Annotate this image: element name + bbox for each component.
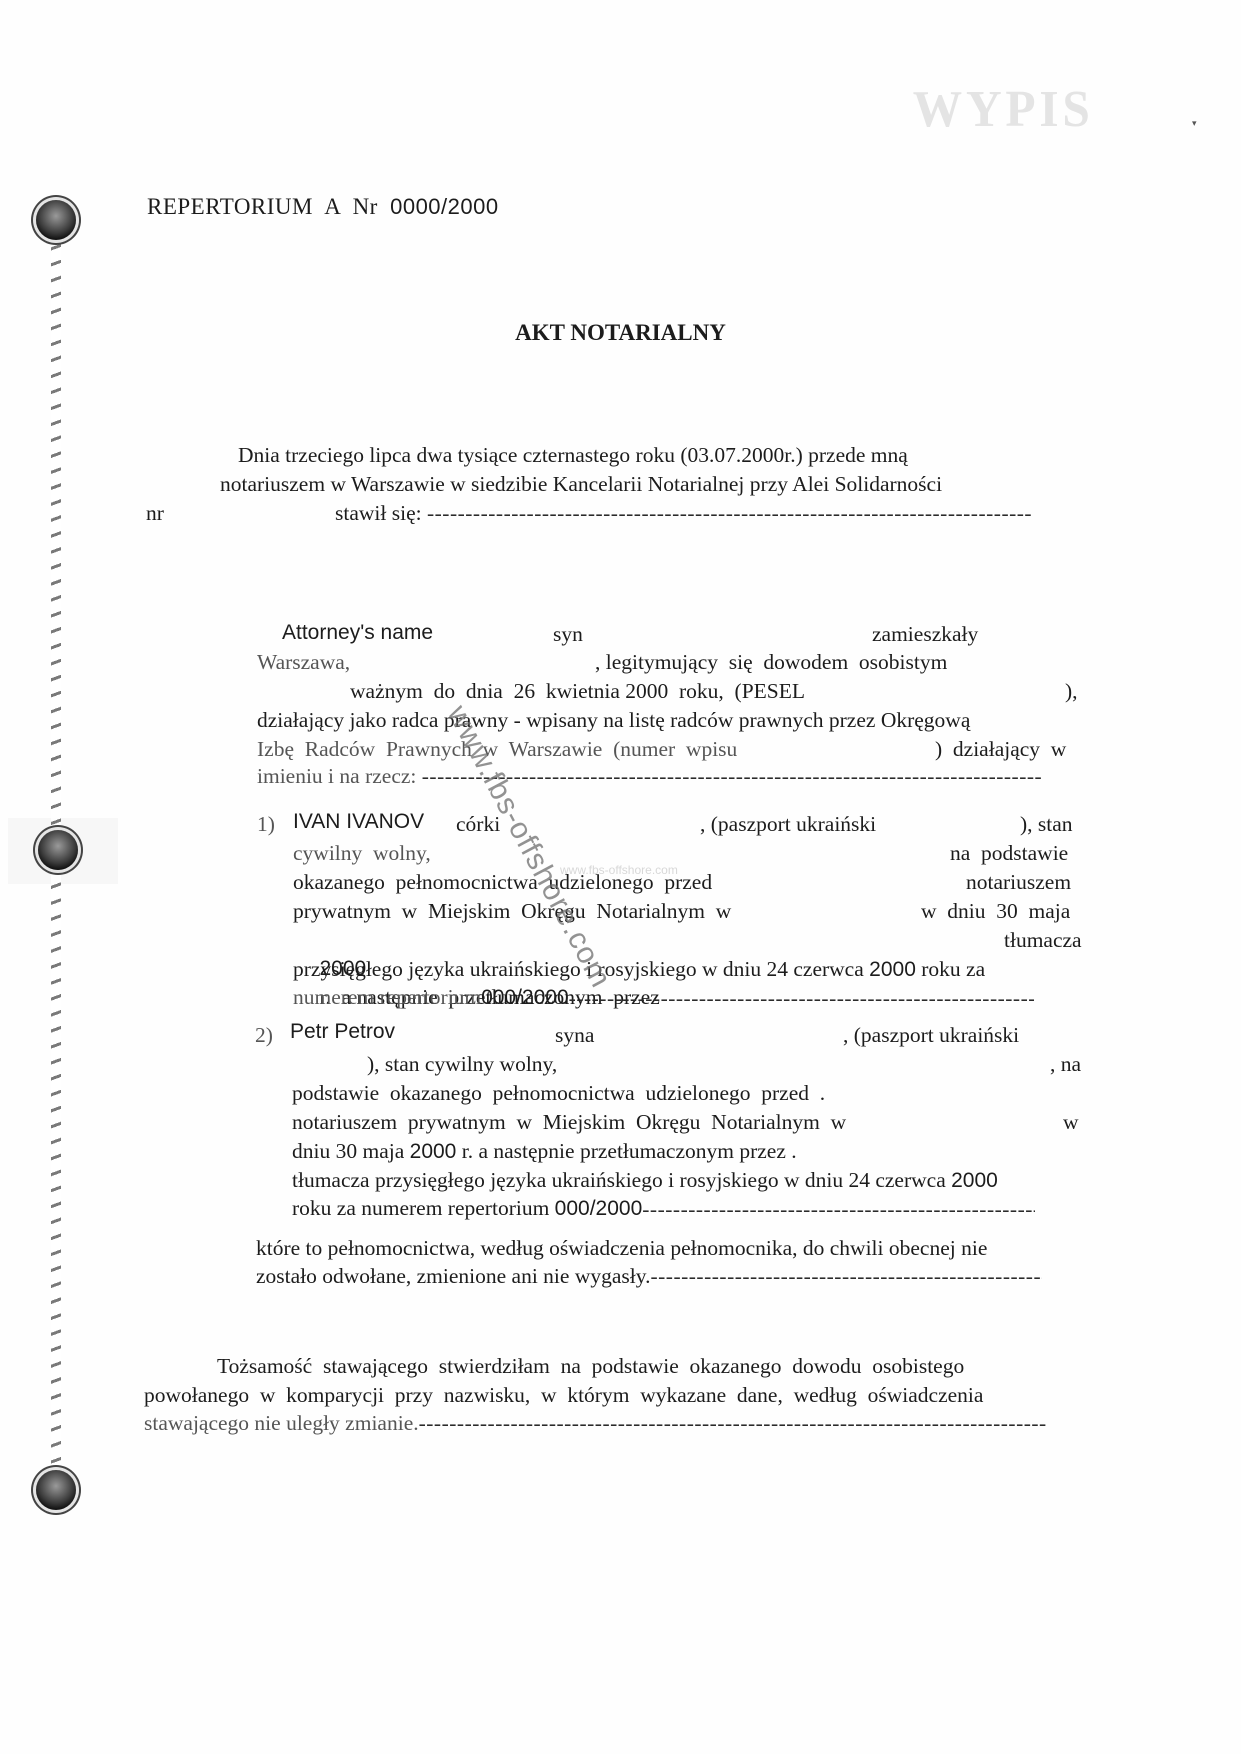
attorney-acting: ) działający w xyxy=(935,735,1066,763)
intro-line-3: stawił się: ----------------------------… xyxy=(335,499,1169,527)
corner-mark-icon: ▾ xyxy=(1192,118,1197,129)
principal-2-civil-status: ), stan cywilny wolny, xyxy=(367,1050,557,1078)
revocation-line-1: które to pełnomocnictwa, według oświadcz… xyxy=(256,1234,987,1262)
intro-line-3-prefix: nr xyxy=(146,499,164,527)
grommet-middle-icon xyxy=(38,830,78,870)
principal-1-sworn: przysięgłego języka ukraińskiego i rosyj… xyxy=(293,955,985,984)
filler-dashes: ----------------------------------------… xyxy=(427,499,1169,527)
repertorium-value: 0000/2000 xyxy=(390,194,499,219)
principal-1-name: IVAN IVANOV xyxy=(293,808,424,836)
translation-text: r. a następnie przetłumaczonym przez . xyxy=(462,1139,797,1163)
sworn-text: tłumacza przysięgłego języka ukraińskieg… xyxy=(292,1168,946,1192)
principal-1-index: 1) xyxy=(257,810,275,838)
attorney-on-behalf: imieniu i na rzecz: --------------------… xyxy=(257,762,1042,790)
principal-2-passport: , (paszport ukraiński xyxy=(843,1021,1019,1049)
principal-2-relation: syna xyxy=(555,1021,594,1049)
principal-1-repertorium: numerem repertorium000/2000-------------… xyxy=(293,983,1034,1012)
faint-watermark: www.fbs-offshore.com xyxy=(560,863,678,877)
principal-1-basis: na podstawie xyxy=(950,839,1068,867)
principal-1-translator: tłumacza xyxy=(1004,926,1082,954)
repertorium-label: REPERTORIUM A Nr xyxy=(147,194,378,219)
year: 2000 xyxy=(410,1140,457,1163)
principal-1-civil-status: cywilny wolny, xyxy=(293,839,431,867)
principal-1-notary: notariuszem xyxy=(966,868,1071,896)
sworn-end: roku za xyxy=(921,957,985,981)
identity-line-2: powołanego w komparycji przy nazwisku, w… xyxy=(144,1381,983,1409)
principal-2-sworn: tłumacza przysięgłego języka ukraińskieg… xyxy=(292,1166,998,1195)
identity-line-3: stawającego nie uległy zmianie.---------… xyxy=(144,1409,1047,1437)
principal-1-passport: , (paszport ukraiński xyxy=(700,810,876,838)
intro-line-1: Dnia trzeciego lipca dwa tysiące czterna… xyxy=(238,441,908,469)
principal-1-district: prywatnym w Miejskim Okręgu Notarialnym … xyxy=(293,897,731,925)
filler-dashes: ----------------------------------------… xyxy=(650,1262,1042,1290)
repertorium-number: 000/2000 xyxy=(481,986,569,1009)
principal-2-basis: , na xyxy=(1050,1050,1081,1078)
repertorium-number: REPERTORIUM A Nr 0000/2000 xyxy=(147,194,499,220)
principal-2-index: 2) xyxy=(255,1021,273,1049)
filler-dashes: ----------------------------------------… xyxy=(569,984,1034,1012)
principal-2-translation: dniu 30 maja 2000 r. a następnie przetłu… xyxy=(292,1137,797,1166)
year: 2000 xyxy=(869,958,916,981)
attorney-role: działający jako radca prawny - wpisany n… xyxy=(257,706,970,734)
attorney-name: Attorney's name xyxy=(282,619,433,647)
attorney-id-validity: ważnym do dnia 26 kwietnia 2000 roku, (P… xyxy=(350,677,805,705)
identity-text: stawającego nie uległy zmianie. xyxy=(144,1411,419,1435)
filler-dashes: ----------------------------------------… xyxy=(642,1195,1035,1223)
principal-2-name: Petr Petrov xyxy=(290,1018,395,1046)
principal-2-repertorium: roku za numerem repertorium 000/2000----… xyxy=(292,1194,1035,1223)
repertorium-number: 000/2000 xyxy=(555,1197,643,1220)
date-text: dniu 30 maja xyxy=(292,1139,404,1163)
on-behalf-text: imieniu i na rzecz: xyxy=(257,764,416,788)
principal-2-district: notariuszem prywatnym w Miejskim Okręgu … xyxy=(292,1108,846,1136)
repertorium-text: roku za numerem repertorium xyxy=(292,1196,549,1220)
principal-1-date: w dniu 30 maja xyxy=(921,897,1070,925)
intro-line-2: notariuszem w Warszawie w siedzibie Kanc… xyxy=(220,470,942,498)
principal-2-poa: podstawie okazanego pełnomocnictwa udzie… xyxy=(292,1079,825,1107)
document-title: AKT NOTARIALNY xyxy=(0,320,1241,346)
year: 2000 xyxy=(951,1169,998,1192)
notarial-deed-page: WYPIS ▾ REPERTORIUM A Nr 0000/2000 AKT N… xyxy=(0,0,1241,1754)
document-title-text: AKT NOTARIALNY xyxy=(515,320,726,345)
identity-line-1: Tożsamość stawającego stwierdziłam na po… xyxy=(217,1352,964,1380)
revocation-line-2: zostało odwołane, zmienione ani nie wyga… xyxy=(256,1262,1042,1290)
repertorium-text: numerem repertorium xyxy=(293,985,481,1009)
attorney-pesel-close: ), xyxy=(1065,677,1078,705)
principal-2-district-end: w xyxy=(1063,1108,1079,1136)
grommet-bottom-icon xyxy=(36,1470,76,1510)
wypis-stamp: WYPIS xyxy=(913,80,1094,139)
revocation-text: zostało odwołane, zmienione ani nie wyga… xyxy=(256,1264,650,1288)
filler-dashes: ----------------------------------------… xyxy=(419,1409,1047,1437)
grommet-top-icon xyxy=(36,200,76,240)
principal-1-passport-end: ), stan xyxy=(1020,810,1073,838)
attorney-syn: syn xyxy=(553,620,583,648)
stawil-sie-text: stawił się: xyxy=(335,501,422,525)
attorney-city: Warszawa, xyxy=(257,648,350,676)
attorney-id-text: , legitymujący się dowodem osobistym xyxy=(595,648,947,676)
attorney-zamieszkaly: zamieszkały xyxy=(872,620,978,648)
